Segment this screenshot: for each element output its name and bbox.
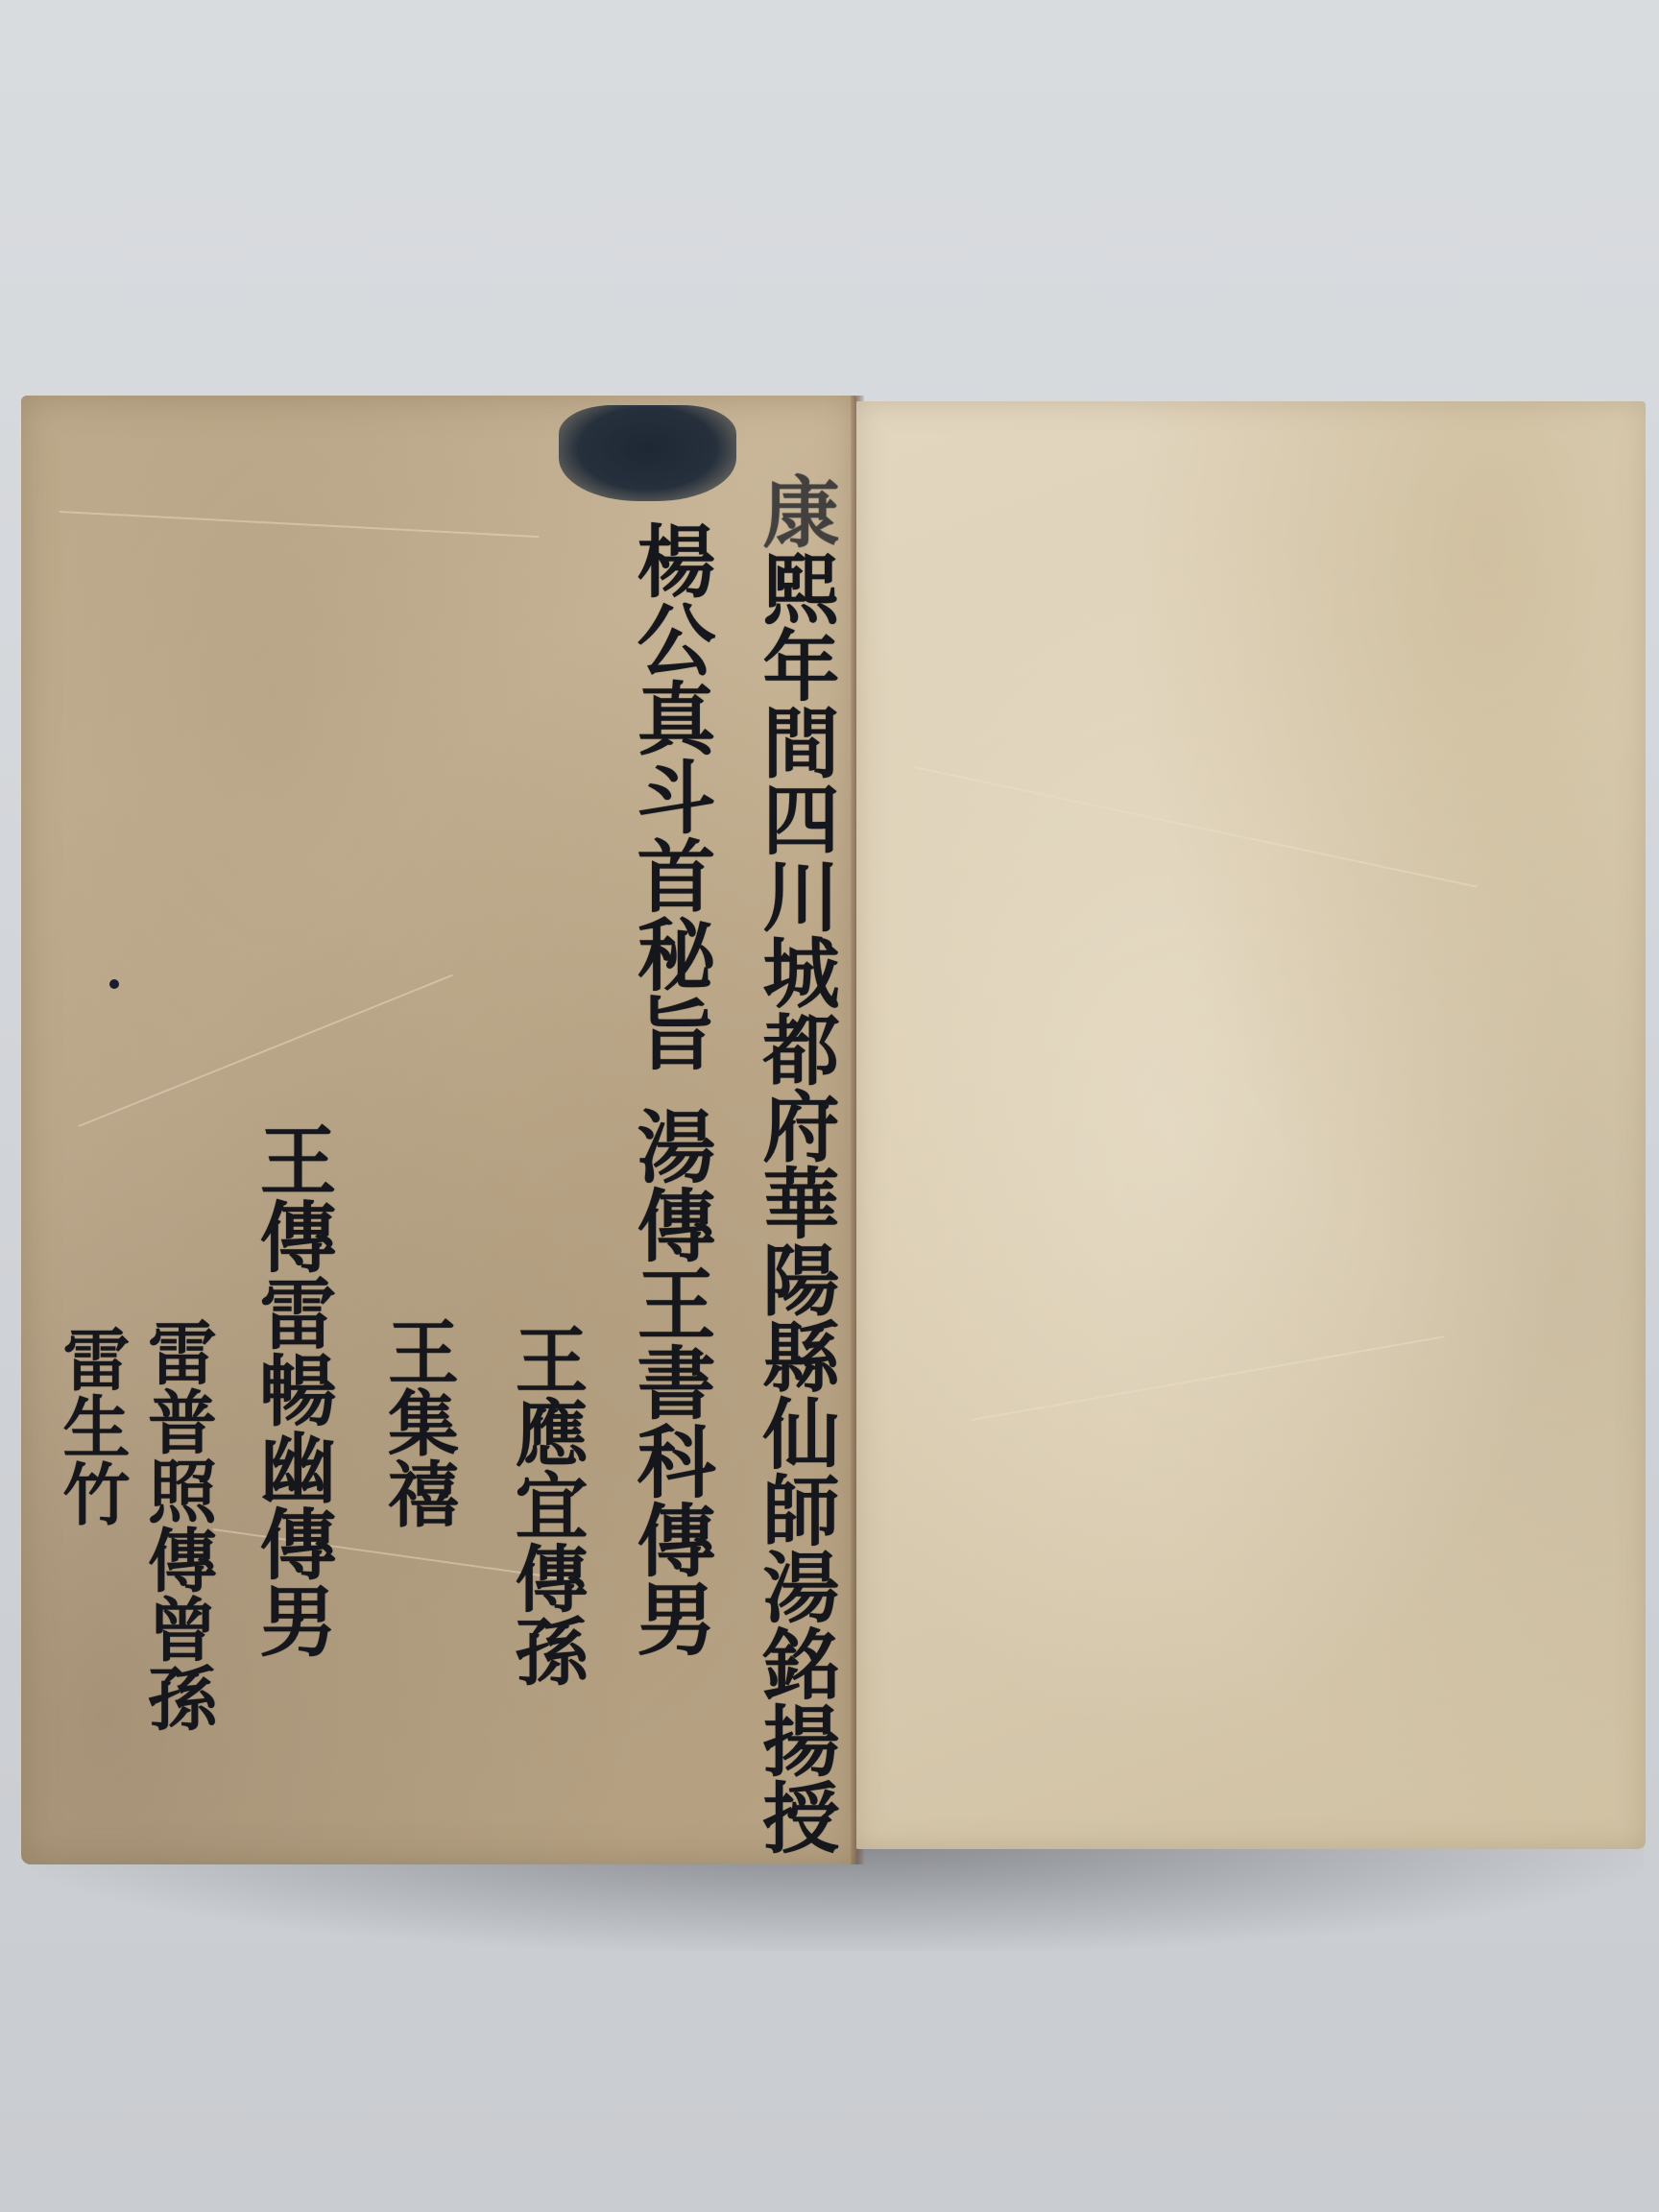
paper-crease xyxy=(972,1335,1445,1421)
ink-blot xyxy=(559,405,736,501)
column-text: 熙年間四川城都府華陽縣仙師湯銘揚授 xyxy=(750,549,840,1855)
column-text: 雷生竹 xyxy=(52,1325,132,1527)
column-text-top: 楊公真斗首秘旨 xyxy=(624,520,716,1071)
column-text: 王傳雷暢幽傳男 xyxy=(247,1120,337,1658)
column-text: 雷普照傳曾孫 xyxy=(136,1317,218,1732)
column-text: 王應宜傳孫 xyxy=(503,1322,589,1687)
paper-crease xyxy=(79,974,453,1127)
text-column-1: 康熙年間四川城都府華陽縣仙師湯銘揚授 xyxy=(749,472,841,1855)
column-text: 王集禧 xyxy=(376,1315,459,1528)
ink-dot xyxy=(109,979,119,989)
manuscript-booklet: 康熙年間四川城都府華陽縣仙師湯銘揚授 楊公真斗首秘旨湯傳王書科傳男 王應宜傳孫 … xyxy=(21,396,1634,1874)
right-page-blank xyxy=(856,401,1646,1849)
text-column-2: 楊公真斗首秘旨湯傳王書科傳男 xyxy=(624,520,716,1657)
column-text-bottom: 湯傳王書科傳男 xyxy=(624,1106,716,1657)
text-column-7: 雷生竹 xyxy=(50,1325,132,1527)
text-column-6: 雷普照傳曾孫 xyxy=(134,1317,219,1732)
text-column-5: 王傳雷暢幽傳男 xyxy=(248,1120,336,1658)
faded-character: 康 xyxy=(750,472,840,549)
text-column-3: 王應宜傳孫 xyxy=(501,1322,589,1687)
text-column-4: 王集禧 xyxy=(374,1315,461,1528)
paper-crease xyxy=(914,766,1478,888)
paper-crease xyxy=(60,511,539,538)
left-page: 康熙年間四川城都府華陽縣仙師湯銘揚授 楊公真斗首秘旨湯傳王書科傳男 王應宜傳孫 … xyxy=(21,396,856,1864)
